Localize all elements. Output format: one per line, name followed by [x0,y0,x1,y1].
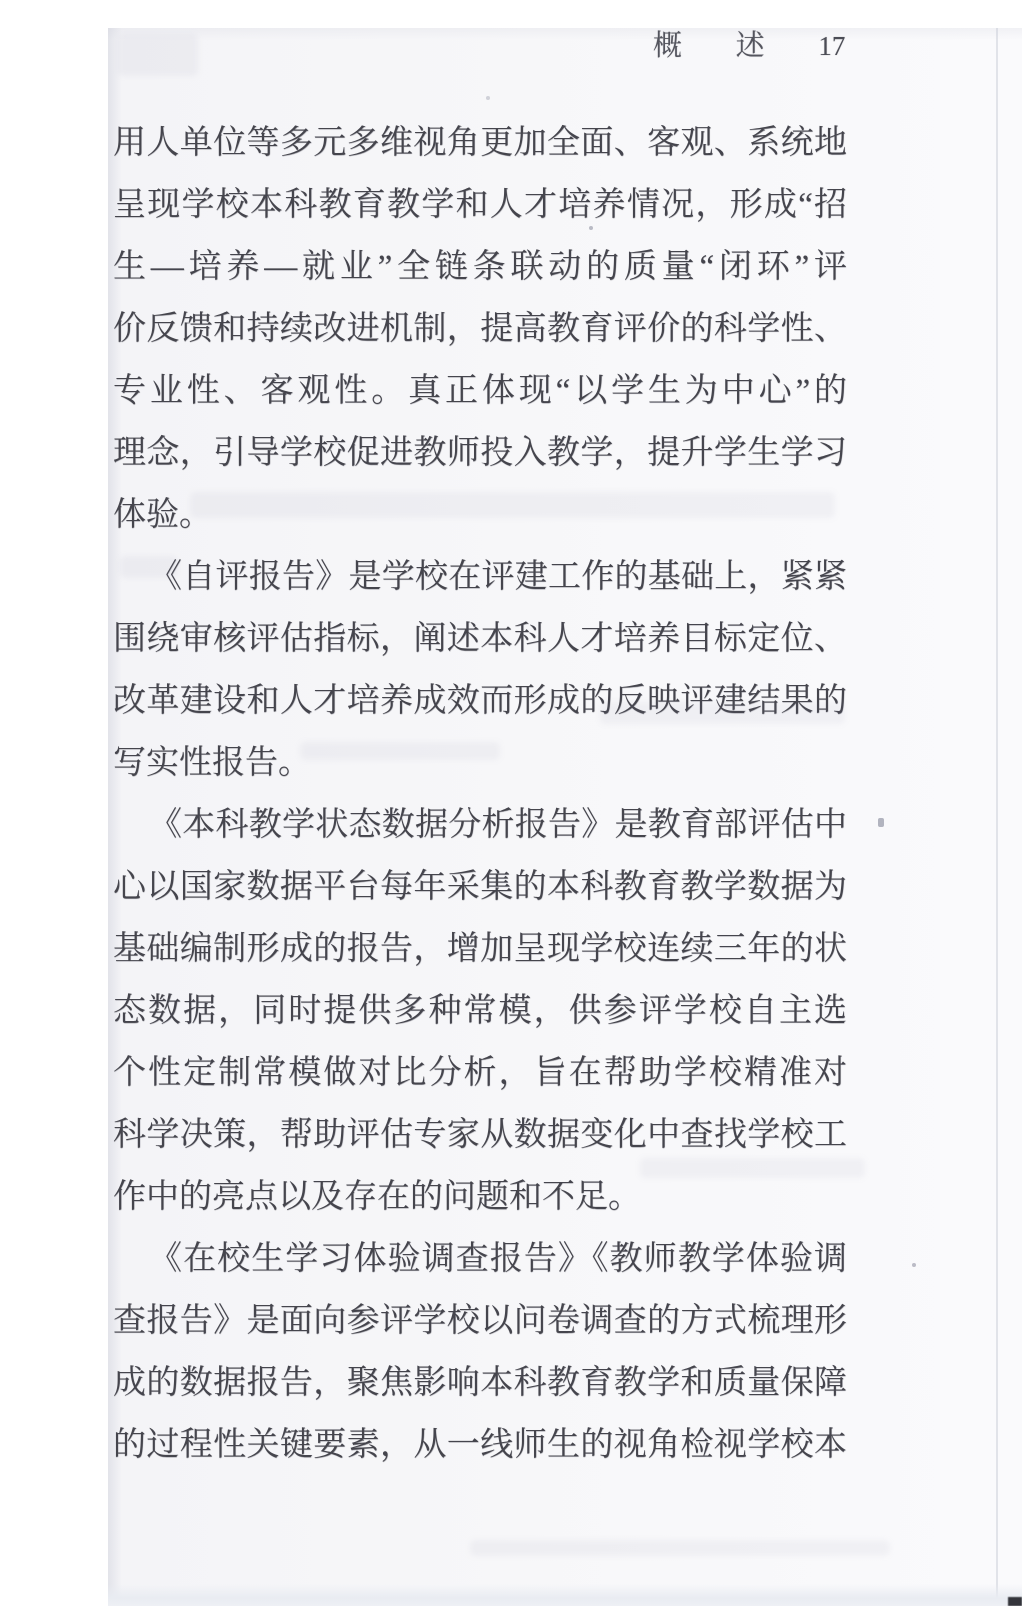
page-bottom-shading [108,1584,1022,1606]
body-line: 生—培养—就业”全链条联动的质量“闭环”评 [113,236,847,298]
body-line: 基础编制形成的报告，增加呈现学校连续三年的状 [113,918,847,980]
body-line: 《本科教学状态数据分析报告》是教育部评估中 [113,794,847,856]
body-line: 价反馈和持续改进机制，提高教育评价的科学性、 [113,298,847,360]
body-line: 心以国家数据平台每年采集的本科教育教学数据为 [113,856,847,918]
body-line: 体验。 [113,484,847,546]
body-line: 成的数据报告，聚焦影响本科教育教学和质量保障 [113,1352,847,1414]
body-line: 科学决策，帮助评估专家从数据变化中查找学校工 [113,1104,847,1166]
body-line: 《自评报告》是学校在评建工作的基础上，紧紧 [113,546,847,608]
body-line: 用人单位等多元多维视角更加全面、客观、系统地 [113,112,847,174]
body-line: 查报告》是面向参评学校以问卷调查的方式梳理形 [113,1290,847,1352]
body-line: 态数据，同时提供多种常模，供参评学校自主选择、 [113,980,847,1042]
body-text-column: 用人单位等多元多维视角更加全面、客观、系统地 呈现学校本科教育教学和人才培养情况… [113,112,847,1476]
body-line: 改革建设和人才培养成效而形成的反映评建结果的 [113,670,847,732]
body-line: 作中的亮点以及存在的问题和不足。 [113,1166,847,1228]
running-head: 概述17 [653,28,845,64]
body-line: 围绕审核评估指标，阐述本科人才培养目标定位、 [113,608,847,670]
page-top-edge-shadow [108,28,1022,40]
body-line: 写实性报告。 [113,732,847,794]
scan-streak-line [996,28,998,1606]
body-line: 个性定制常模做对比分析，旨在帮助学校精准对标， [113,1042,847,1104]
body-line: 理念，引导学校促进教师投入教学，提升学生学习 [113,422,847,484]
section-title: 概述 [653,30,818,62]
body-line: 专业性、客观性。真正体现“以学生为中心”的 [113,360,847,422]
body-line: 呈现学校本科教育教学和人才培养情况，形成“招 [113,174,847,236]
page-corner-mark [1008,1597,1022,1606]
body-line: 的过程性关键要素，从一线师生的视角检视学校本 [113,1414,847,1476]
page-number: 17 [818,31,845,61]
body-line: 《在校生学习体验调查报告》《教师教学体验调 [113,1228,847,1290]
